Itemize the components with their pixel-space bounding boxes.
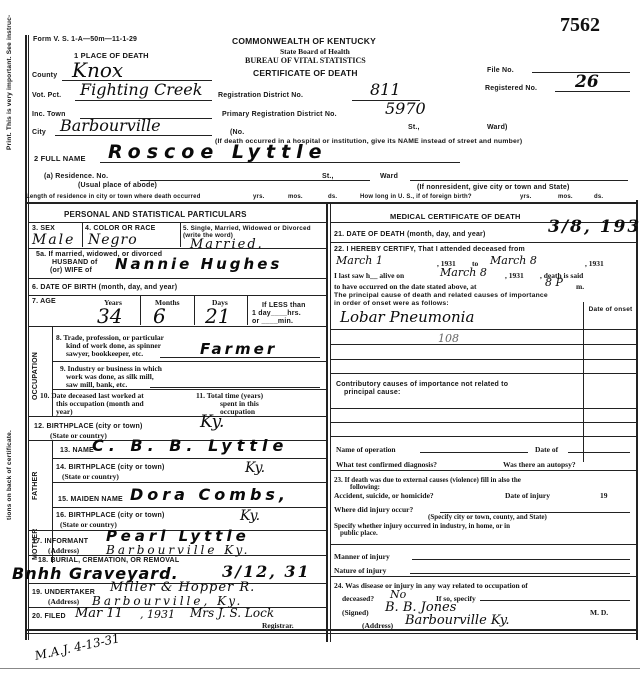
father-side-label: FATHER bbox=[32, 471, 39, 500]
where-sub: (Specify city or town, county, and State… bbox=[428, 513, 547, 521]
city-value: Barbourville bbox=[60, 116, 161, 135]
margin-instruction-note-lower: tions on back of certificate. bbox=[6, 430, 13, 520]
full-name-underline bbox=[100, 162, 460, 163]
date-of-death-value: 3/8, 1931 bbox=[548, 217, 640, 237]
county-label: County bbox=[32, 72, 57, 79]
spouse-value: Nannie Hughes bbox=[115, 255, 282, 273]
medical-section-title: MEDICAL CERTIFICATE OF DEATH bbox=[390, 212, 521, 221]
undertaker-name: Miller & Hopper R. bbox=[110, 580, 255, 595]
board-title: State Board of Health bbox=[280, 47, 350, 56]
last-worked-label-3: year) bbox=[56, 407, 73, 416]
length-yrs: yrs. bbox=[253, 194, 264, 200]
filed-year: , 1931 bbox=[140, 608, 175, 621]
residence-ward-label: Ward bbox=[380, 173, 398, 180]
m-label: m. bbox=[576, 282, 584, 291]
external-label-2: following: bbox=[350, 483, 380, 491]
nonresident-note: (If nonresident, give city or town and S… bbox=[417, 184, 570, 191]
principal-cause: Lobar Pneumonia bbox=[340, 308, 474, 326]
mother-maiden-label: 15. MAIDEN NAME bbox=[58, 496, 123, 503]
file-no-label: File No. bbox=[487, 67, 514, 74]
dob-label: 6. DATE OF BIRTH (month, day, and year) bbox=[32, 284, 177, 291]
last-saw-year: , 1931 bbox=[505, 271, 524, 280]
registered-no-underline bbox=[555, 91, 630, 92]
registration-district-value: 811 bbox=[370, 80, 401, 99]
registered-no-label: Registered No. bbox=[485, 85, 537, 92]
foreign-ds: ds. bbox=[594, 194, 603, 200]
trade-label-3: sawyer, bookkeeper, etc. bbox=[66, 349, 143, 358]
operation-date-label: Date of bbox=[535, 445, 558, 454]
occurred-label: to have occurred on the date stated abov… bbox=[334, 282, 477, 291]
age-days-value: 21 bbox=[205, 304, 230, 328]
state-title: COMMONWEALTH OF KENTUCKY bbox=[232, 36, 376, 46]
filed-label: 20. FILED bbox=[32, 613, 66, 620]
attended-to-year: , 1931 bbox=[585, 259, 604, 268]
date-of-death-label: 21. DATE OF DEATH (month, day, and year) bbox=[334, 231, 486, 238]
length-ds: ds. bbox=[328, 194, 337, 200]
birthplace-label: 12. BIRTHPLACE (city or town) bbox=[34, 423, 142, 430]
contributory-label-1: Contributory causes of importance not re… bbox=[336, 381, 508, 388]
section-divider bbox=[26, 202, 636, 204]
autopsy-label: Was there an autopsy? bbox=[503, 460, 576, 469]
burial-label: 18. BURIAL, CREMATION, OR REMOVAL bbox=[38, 557, 179, 564]
contributory-label-2: principal cause: bbox=[344, 389, 401, 396]
operation-label: Name of operation bbox=[336, 445, 396, 454]
less-than-min: or ____min. bbox=[252, 318, 293, 325]
father-birthplace-label: 14. BIRTHPLACE (city or town) bbox=[56, 464, 164, 471]
cause-intro-1: The principal cause of death and related… bbox=[334, 292, 548, 299]
certificate-number: 7562 bbox=[560, 14, 600, 37]
marital-value: Married. bbox=[190, 237, 264, 252]
birthplace-value: Ky. bbox=[200, 412, 224, 432]
race-label: 4. COLOR OR RACE bbox=[85, 225, 155, 232]
frame-left-inner bbox=[28, 35, 29, 640]
md-label: M. D. bbox=[590, 608, 608, 617]
foreign-birth-label: How long in U. S., if of foreign birth? bbox=[360, 194, 472, 200]
address-label: (Address) bbox=[362, 621, 393, 630]
center-divider bbox=[326, 204, 328, 642]
mother-maiden-value: Dora Combs, bbox=[130, 485, 289, 504]
less-than-label: If LESS than bbox=[262, 302, 306, 309]
residence-label: (a) Residence. No. bbox=[44, 173, 108, 180]
industry-label-3: saw mill, bank, etc. bbox=[66, 380, 127, 389]
bureau-title: BUREAU OF VITAL STATISTICS bbox=[245, 56, 366, 65]
frame-right bbox=[636, 200, 638, 640]
burial-date: 3/12, 31 bbox=[222, 562, 311, 581]
occupation-side-label: OCCUPATION bbox=[32, 352, 39, 400]
specify-label-2: public place. bbox=[340, 529, 378, 537]
street-st-label: St., bbox=[408, 124, 420, 131]
full-name-value: Roscoe Lyttle bbox=[108, 141, 328, 163]
vot-pct-label: Vot. Pct. bbox=[32, 92, 61, 99]
cause-intro-2: in order of onset were as follows: bbox=[334, 300, 449, 307]
attended-to: March 8 bbox=[490, 254, 537, 267]
date-onset-label: Date of onset bbox=[588, 306, 633, 313]
registrar-signature: Mrs J. S. Lock bbox=[190, 606, 274, 620]
foreign-mos: mos. bbox=[558, 194, 573, 200]
mother-birthplace-value: Ky. bbox=[240, 508, 260, 524]
age-label: 7. AGE bbox=[32, 298, 56, 305]
trade-value: Farmer bbox=[200, 340, 277, 358]
personal-section-title: PERSONAL AND STATISTICAL PARTICULARS bbox=[64, 210, 247, 219]
signed-label: (Signed) bbox=[342, 608, 369, 617]
accident-label: Accident, suicide, or homicide? bbox=[334, 491, 434, 500]
undertaker-label: 19. UNDERTAKER bbox=[32, 589, 95, 596]
certificate-title: CERTIFICATE OF DEATH bbox=[253, 68, 358, 78]
margin-instruction-note: Print. This is very important. See instr… bbox=[6, 15, 13, 150]
length-residence-label: Length of residence in city or town wher… bbox=[26, 194, 201, 200]
city-label: City bbox=[32, 129, 46, 136]
nature-label: Nature of injury bbox=[334, 566, 386, 575]
undertaker-sub: (Address) bbox=[48, 597, 79, 606]
residence-ward-underline bbox=[410, 180, 628, 181]
father-birthplace-value: Ky. bbox=[245, 460, 265, 476]
vot-pct-value: Fighting Creek bbox=[80, 80, 202, 99]
residence-underline bbox=[140, 180, 370, 181]
residence-st-label: St., bbox=[322, 173, 334, 180]
full-name-label: 2 FULL NAME bbox=[34, 154, 86, 163]
manner-label: Manner of injury bbox=[334, 552, 390, 561]
test-label: What test confirmed diagnosis? bbox=[336, 460, 437, 469]
primary-registration-label: Primary Registration District No. bbox=[222, 111, 337, 118]
occurred-time: 8 P bbox=[545, 276, 563, 289]
form-id: Form V. S. 1-A—50m—11-1-29 bbox=[33, 36, 137, 43]
physician-address: Barbourville Ky. bbox=[405, 613, 510, 628]
last-saw-label: I last saw h__ alive on bbox=[334, 271, 404, 280]
street-ward-label: Ward) bbox=[487, 124, 508, 131]
attended-from: March 1 bbox=[336, 254, 383, 267]
spouse-label-3: (or) WIFE of bbox=[50, 267, 92, 274]
bottom-annotation: M.A.J. 4-13-31 bbox=[33, 631, 120, 663]
county-value: Knox bbox=[72, 58, 123, 82]
primary-registration-value: 5970 bbox=[385, 99, 426, 118]
death-certificate: Print. This is very important. See instr… bbox=[0, 0, 640, 673]
sex-value: Male bbox=[32, 232, 75, 248]
race-value: Negro bbox=[88, 232, 138, 248]
residence-sub: (Usual place of abode) bbox=[78, 182, 157, 189]
sex-label: 3. SEX bbox=[32, 225, 55, 232]
injury-year: 19 bbox=[600, 491, 608, 500]
age-months-value: 6 bbox=[153, 304, 166, 328]
mother-birthplace-label: 16. BIRTHPLACE (city or town) bbox=[56, 512, 164, 519]
age-years-value: 34 bbox=[97, 304, 122, 328]
length-mos: mos. bbox=[288, 194, 303, 200]
last-saw-value: March 8 bbox=[440, 266, 487, 279]
total-time-label-3: occupation bbox=[220, 407, 255, 416]
frame-left bbox=[25, 35, 27, 640]
registration-district-label: Registration District No. bbox=[218, 92, 303, 99]
occupation-related-label: 24. Was disease or injury in any way rel… bbox=[334, 581, 528, 590]
father-name-value: C. B. B. Lyttle bbox=[92, 436, 288, 455]
injury-date-label: Date of injury bbox=[505, 491, 550, 500]
vot-pct-underline bbox=[75, 100, 212, 101]
father-birthplace-sub: (State or country) bbox=[62, 472, 119, 481]
father-name-label: 13. NAME bbox=[60, 447, 94, 454]
street-no-label: (No. bbox=[230, 129, 244, 136]
spouse-label-2: HUSBAND of bbox=[52, 259, 98, 266]
registered-no-value: 26 bbox=[575, 72, 599, 92]
less-than-day: 1 day____hrs. bbox=[252, 310, 301, 317]
foreign-yrs: yrs. bbox=[520, 194, 531, 200]
informant-sub: (Address) bbox=[48, 546, 79, 555]
page-bottom-edge bbox=[0, 668, 640, 669]
where-label: Where did injury occur? bbox=[334, 505, 413, 514]
filed-date: Mar 11 bbox=[75, 606, 123, 621]
informant-label: 17. INFORMANT bbox=[32, 538, 88, 545]
deceased-label: deceased? bbox=[342, 594, 374, 603]
city-underline bbox=[55, 135, 212, 136]
certify-label: 22. I HEREBY CERTIFY, That I attended de… bbox=[334, 246, 525, 253]
